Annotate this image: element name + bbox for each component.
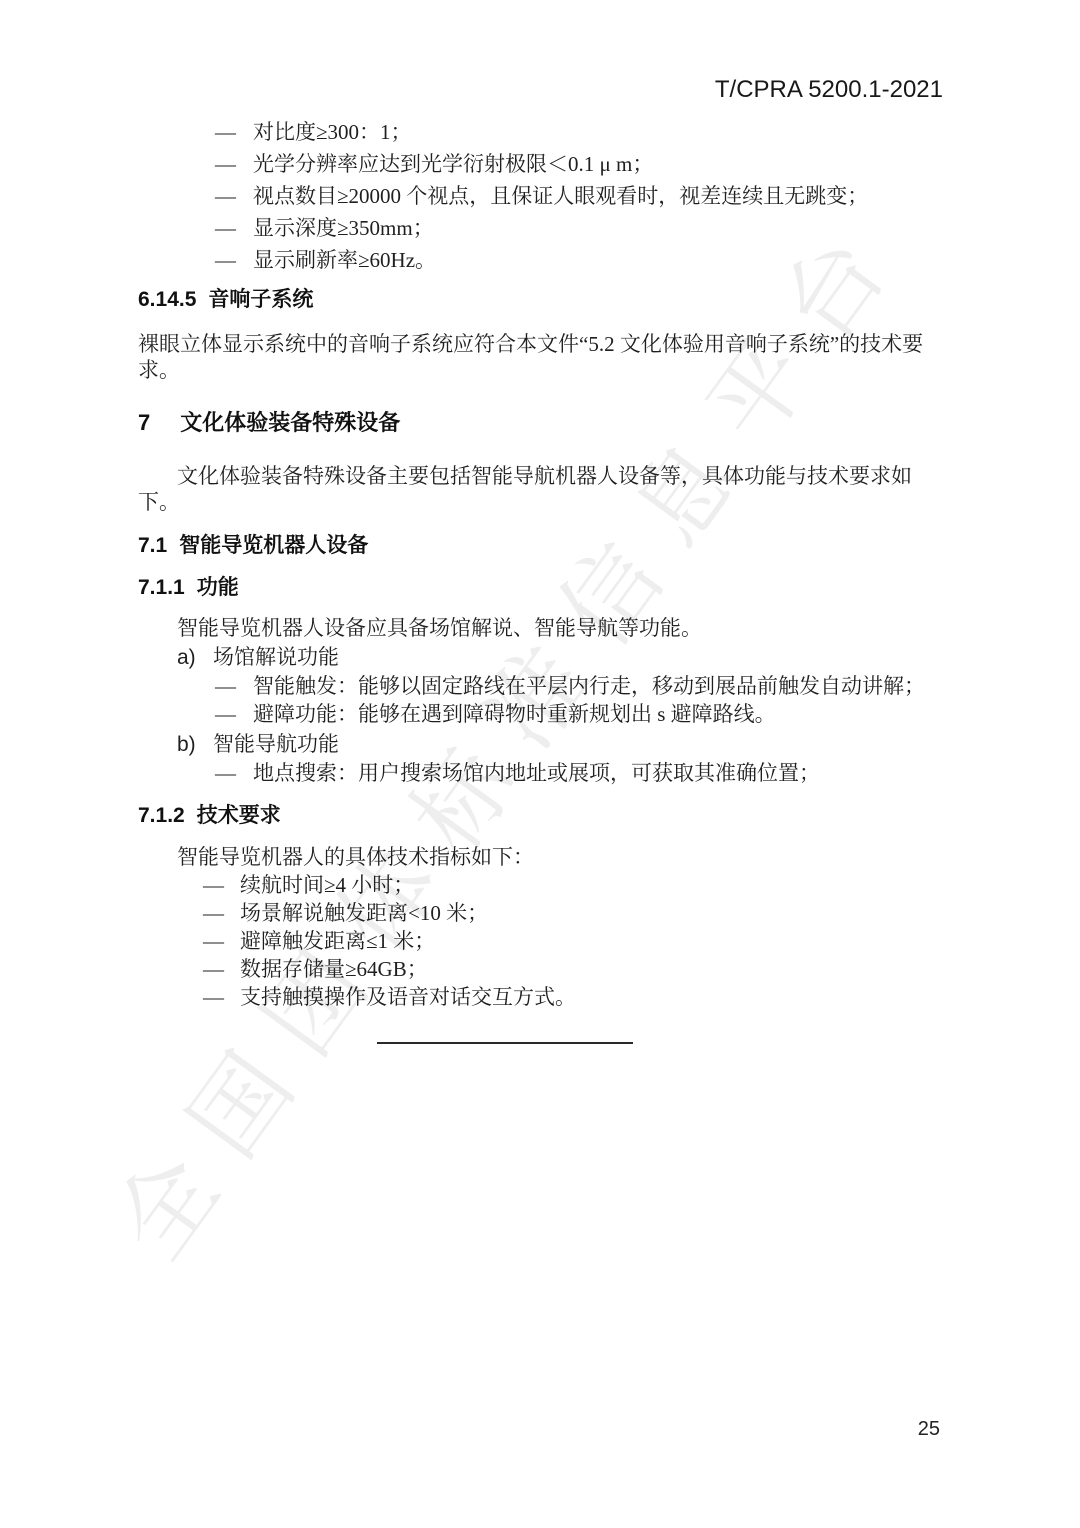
list-item-text: 光学分辨率应达到光学衍射极限＜0.1 μ m；: [253, 148, 653, 180]
list-item-text: 显示深度≥350mm；: [253, 212, 434, 244]
dash-marker: —: [215, 180, 236, 212]
heading-number: 7.1.1: [138, 575, 185, 601]
paragraph-7-1-2-intro: 智能导览机器人的具体技术指标如下：: [138, 844, 943, 870]
list-item: — 对比度≥300：1；: [138, 116, 943, 148]
heading-7: 7文化体验装备特殊设备: [138, 409, 943, 437]
list-item: — 数据存储量≥64GB；: [138, 955, 943, 983]
dash-marker: —: [215, 116, 236, 148]
list-item: — 避障功能：能够在遇到障碍物时重新规划出 s 避障路线。: [138, 700, 943, 728]
list-item: — 视点数目≥20000 个视点，且保证人眼观看时，视差连续且无跳变；: [138, 180, 943, 212]
heading-number: 7: [138, 409, 150, 437]
dash-marker: —: [203, 927, 224, 955]
dash-marker: —: [215, 759, 236, 787]
list-item-text: 避障功能：能够在遇到障碍物时重新规划出 s 避障路线。: [253, 700, 776, 728]
dash-marker: —: [203, 871, 224, 899]
dash-marker: —: [203, 899, 224, 927]
list-item: — 支持触摸操作及语音对话交互方式。: [138, 983, 943, 1011]
heading-title: 技术要求: [197, 804, 281, 827]
list-item-text: 续航时间≥4 小时；: [240, 871, 414, 899]
list-item-text: 避障触发距离≤1 米；: [240, 927, 435, 955]
list-item-b: b)智能导航功能: [138, 730, 943, 759]
heading-number: 7.1: [138, 533, 167, 559]
list-item: — 场景解说触发距离<10 米；: [138, 899, 943, 927]
dash-marker: —: [215, 700, 236, 728]
dash-marker: —: [203, 983, 224, 1011]
list-item: — 光学分辨率应达到光学衍射极限＜0.1 μ m；: [138, 148, 943, 180]
tech-spec-list: — 续航时间≥4 小时； — 场景解说触发距离<10 米； — 避障触发距离≤1…: [138, 871, 943, 1011]
paragraph-7-1-1-intro: 智能导览机器人设备应具备场馆解说、智能导航等功能。: [138, 615, 943, 641]
paragraph-6-14-5: 裸眼立体显示系统中的音响子系统应符合本文件“5.2 文化体验用音响子系统”的技术…: [138, 331, 943, 383]
sublist-a: — 智能触发：能够以固定路线在平层内行走，移动到展品前触发自动讲解； — 避障功…: [138, 672, 943, 728]
dash-marker: —: [203, 955, 224, 983]
list-item-text: 智能导航功能: [213, 732, 339, 756]
list-item: — 显示深度≥350mm；: [138, 212, 943, 244]
heading-title: 文化体验装备特殊设备: [180, 410, 400, 435]
heading-title: 音响子系统: [208, 288, 313, 311]
heading-number: 7.1.2: [138, 803, 185, 829]
list-item: — 避障触发距离≤1 米；: [138, 927, 943, 955]
dash-marker: —: [215, 212, 236, 244]
document-page: 全国团体标准信息平台 T/CPRA 5200.1-2021 — 对比度≥300：…: [0, 0, 1080, 1528]
list-item: — 续航时间≥4 小时；: [138, 871, 943, 899]
display-spec-list: — 对比度≥300：1； — 光学分辨率应达到光学衍射极限＜0.1 μ m； —…: [138, 116, 943, 276]
heading-number: 6.14.5: [138, 287, 196, 313]
list-item-text: 支持触摸操作及语音对话交互方式。: [240, 983, 576, 1011]
page-content: — 对比度≥300：1； — 光学分辨率应达到光学衍射极限＜0.1 μ m； —…: [138, 0, 943, 1044]
alpha-marker: a): [177, 644, 213, 672]
dash-marker: —: [215, 148, 236, 180]
paragraph-7: 文化体验装备特殊设备主要包括智能导航机器人设备等，具体功能与技术要求如下。: [138, 463, 943, 515]
heading-7-1-1: 7.1.1功能: [138, 575, 943, 601]
list-item-text: 数据存储量≥64GB；: [240, 955, 428, 983]
list-item-text: 视点数目≥20000 个视点，且保证人眼观看时，视差连续且无跳变；: [253, 180, 868, 212]
list-item-text: 对比度≥300：1；: [253, 116, 412, 148]
list-item: — 地点搜索：用户搜索场馆内地址或展项，可获取其准确位置；: [138, 759, 943, 787]
sublist-b: — 地点搜索：用户搜索场馆内地址或展项，可获取其准确位置；: [138, 759, 943, 787]
list-item-a: a)场馆解说功能: [138, 643, 943, 672]
heading-7-1: 7.1智能导览机器人设备: [138, 533, 943, 559]
list-item-text: 场馆解说功能: [213, 645, 339, 669]
dash-marker: —: [215, 672, 236, 700]
end-of-document-rule: [377, 1042, 633, 1044]
list-item: — 智能触发：能够以固定路线在平层内行走，移动到展品前触发自动讲解；: [138, 672, 943, 700]
alpha-marker: b): [177, 731, 213, 759]
list-item-text: 场景解说触发距离<10 米；: [240, 899, 488, 927]
list-item-text: 显示刷新率≥60Hz。: [253, 244, 436, 276]
list-item-text: 地点搜索：用户搜索场馆内地址或展项，可获取其准确位置；: [253, 759, 820, 787]
heading-title: 功能: [197, 576, 239, 599]
dash-marker: —: [215, 244, 236, 276]
page-number: 25: [918, 1418, 940, 1441]
heading-title: 智能导览机器人设备: [179, 534, 368, 557]
heading-6-14-5: 6.14.5音响子系统: [138, 287, 943, 313]
list-item: — 显示刷新率≥60Hz。: [138, 244, 943, 276]
list-item-text: 智能触发：能够以固定路线在平层内行走，移动到展品前触发自动讲解；: [253, 672, 925, 700]
heading-7-1-2: 7.1.2技术要求: [138, 803, 943, 829]
